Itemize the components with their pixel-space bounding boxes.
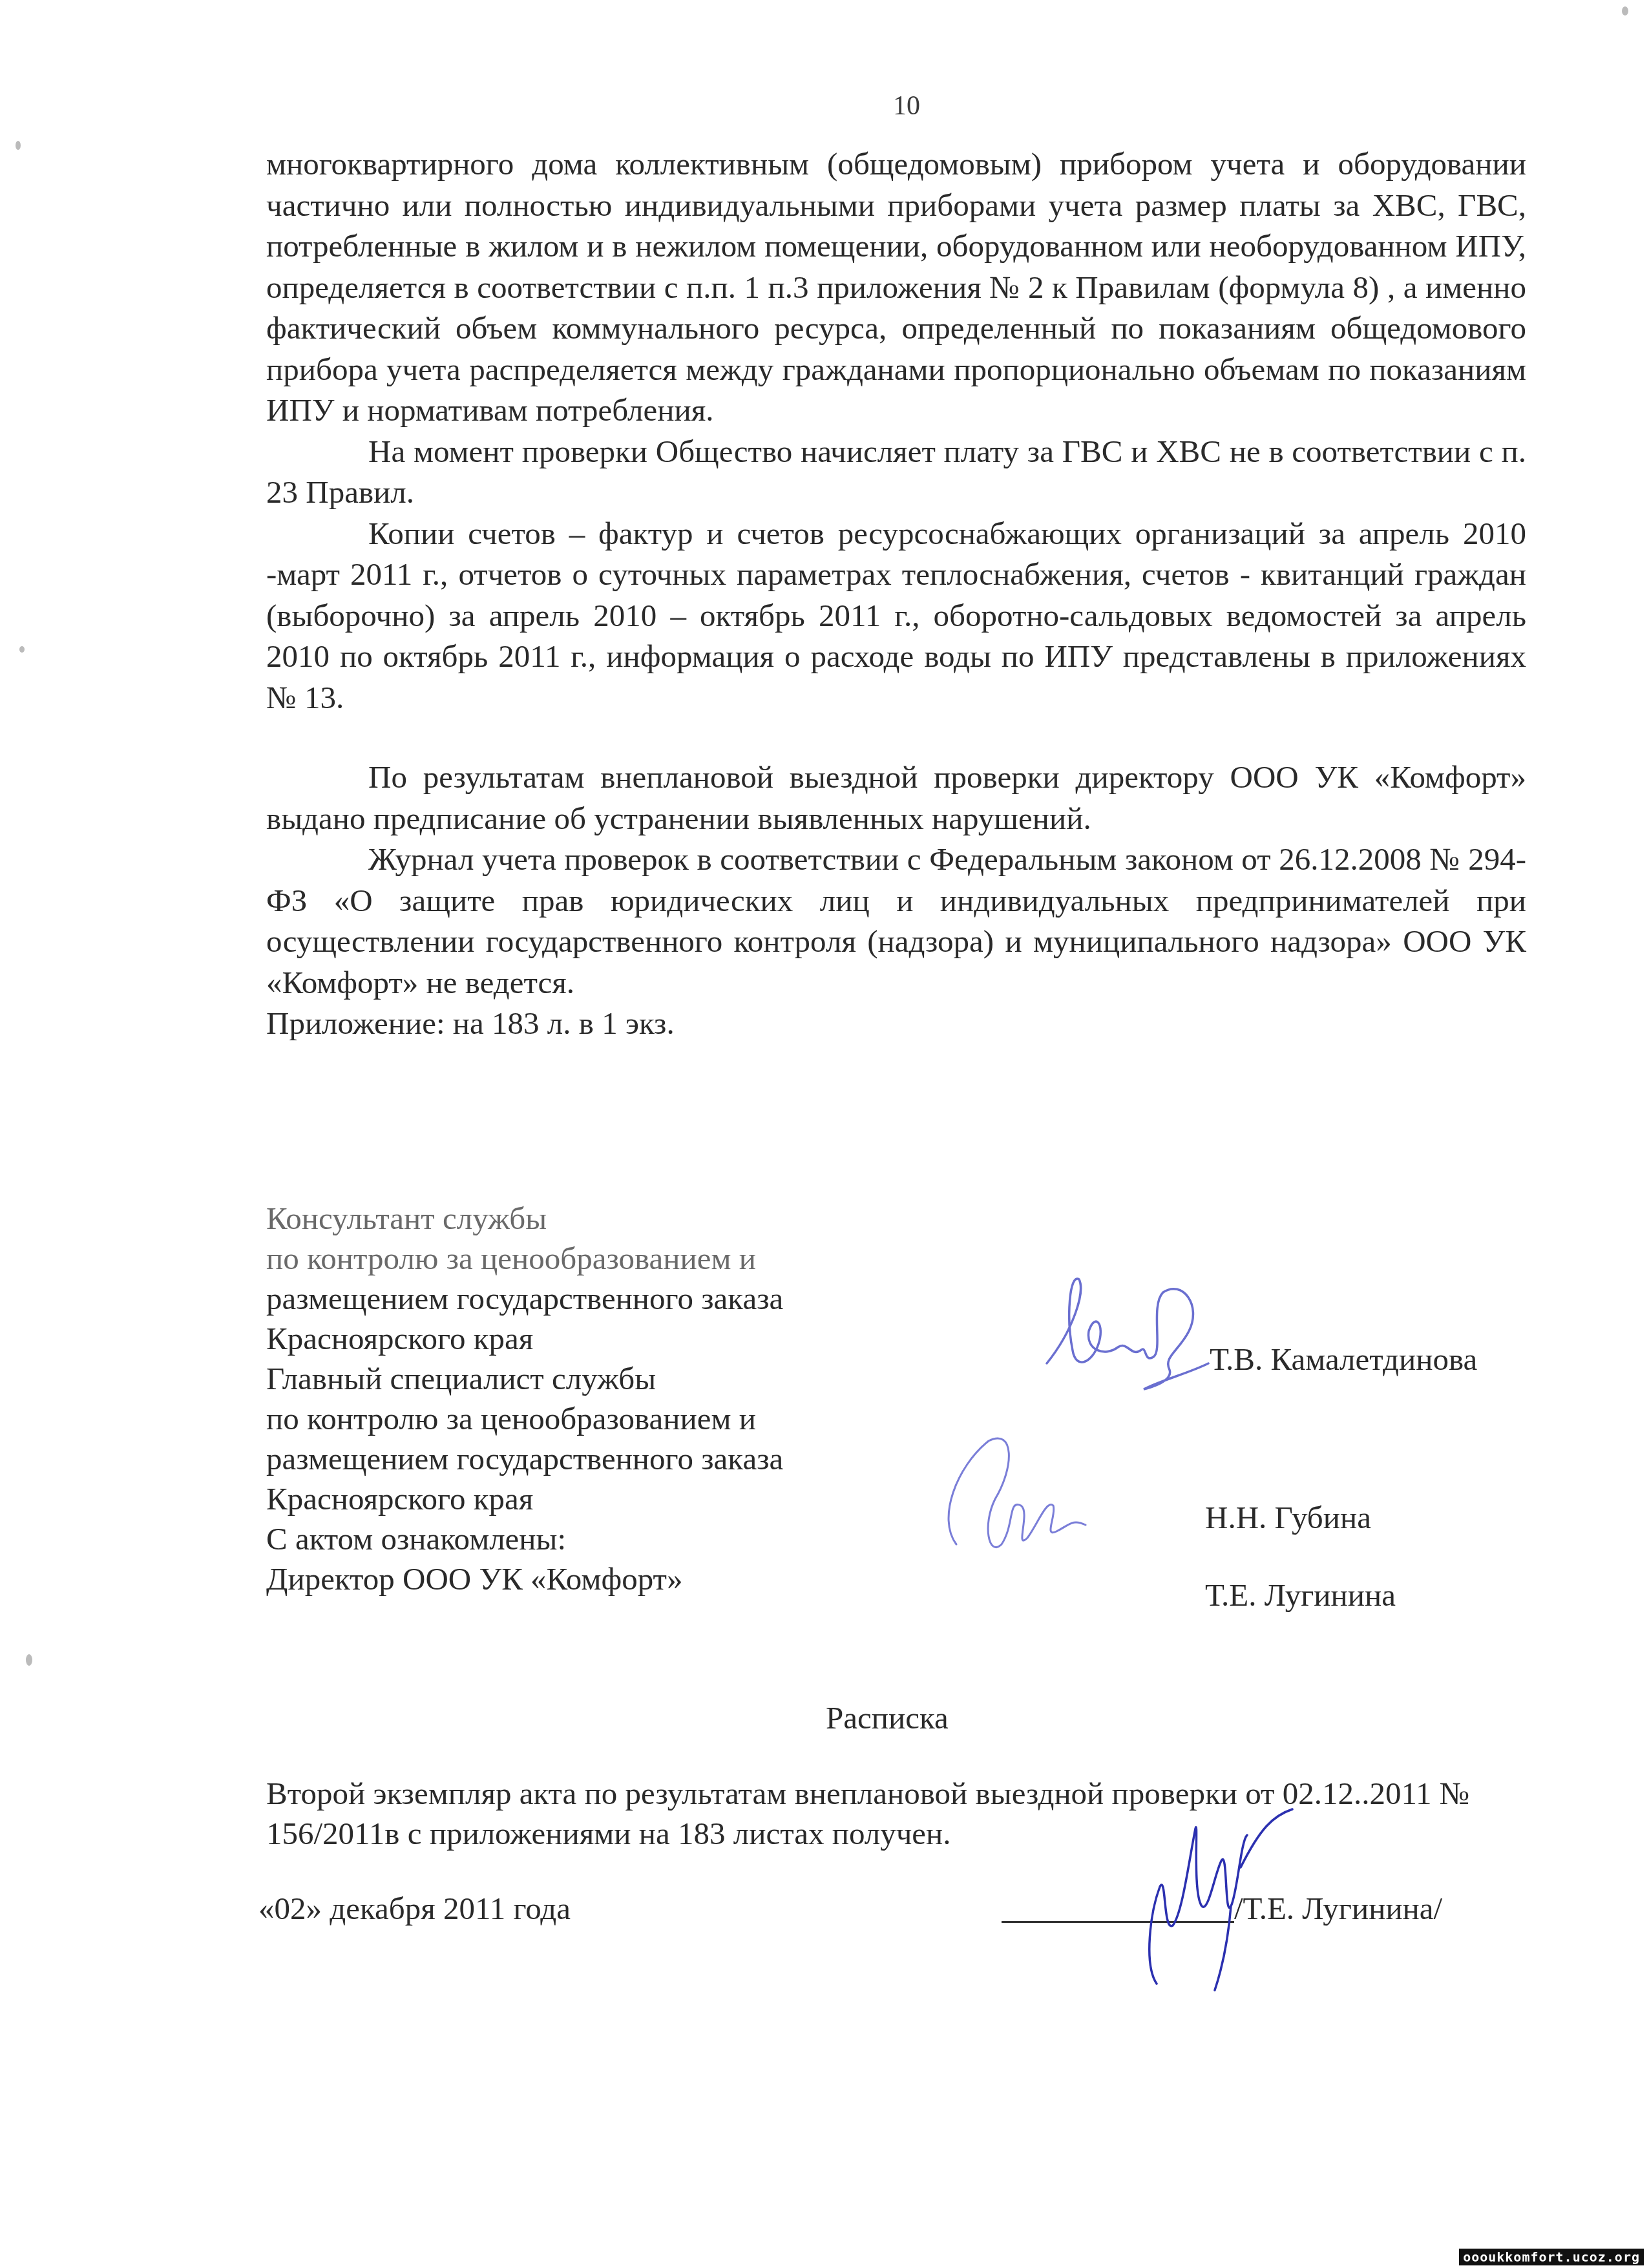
signature-gubina-icon [918,1428,1137,1577]
paragraph-water-billing: многоквартирного дома коллективным (обще… [266,143,1526,431]
signatory-title-line: Красноярского края [266,1319,783,1359]
paragraph-copies: Копии счетов – фактур и счетов ресурсосн… [266,513,1526,719]
signature-kamaletdinova-icon [1034,1266,1228,1396]
scan-speck [1622,6,1628,16]
paragraph-violation: На момент проверки Общество начисляет пл… [266,431,1526,513]
signature-luginina-icon [1118,1803,1331,1997]
signatory-title-line: Главный специалист службы [266,1359,783,1399]
signatory-title-line: размещением государственного заказа [266,1279,783,1319]
scan-speck [16,141,21,150]
signatory-titles: Консультант службы по контролю за ценооб… [266,1199,783,1599]
watermark: oooukkomfort.ucoz.org [1459,2249,1644,2265]
signatory-title-line: размещением государственного заказа [266,1439,783,1479]
scan-speck [19,646,25,653]
signatory-name-2: Н.Н. Губина [1205,1499,1371,1536]
signatory-title-line: С актом ознакомлены: [266,1519,783,1559]
signatory-title-line: по контролю за ценообразованием и [266,1239,783,1279]
document-body: многоквартирного дома коллективным (обще… [266,143,1526,1044]
signatory-title-line: Красноярского края [266,1479,783,1519]
signatory-title-line: Директор ООО УК «Комфорт» [266,1559,783,1599]
signatory-title-line: Консультант службы [266,1199,783,1239]
paragraph-order-issued: По результатам внеплановой выездной пров… [266,757,1526,839]
signatory-name-3: Т.Е. Лугинина [1205,1577,1396,1613]
signatory-title-line: по контролю за ценообразованием и [266,1399,783,1439]
receipt-date: «02» декабря 2011 года [258,1890,571,1927]
receipt-text: Второй экземпляр акта по результатам вне… [266,1774,1526,1854]
signatory-name-1: Т.В. Камалетдинова [1210,1341,1477,1378]
paragraph-appendix: Приложение: на 183 л. в 1 экз. [266,1003,1526,1044]
paragraph-journal: Журнал учета проверок в соответствии с Ф… [266,839,1526,1003]
scan-speck [26,1654,32,1666]
page-number: 10 [893,90,920,121]
receipt-title: Расписка [826,1699,949,1736]
